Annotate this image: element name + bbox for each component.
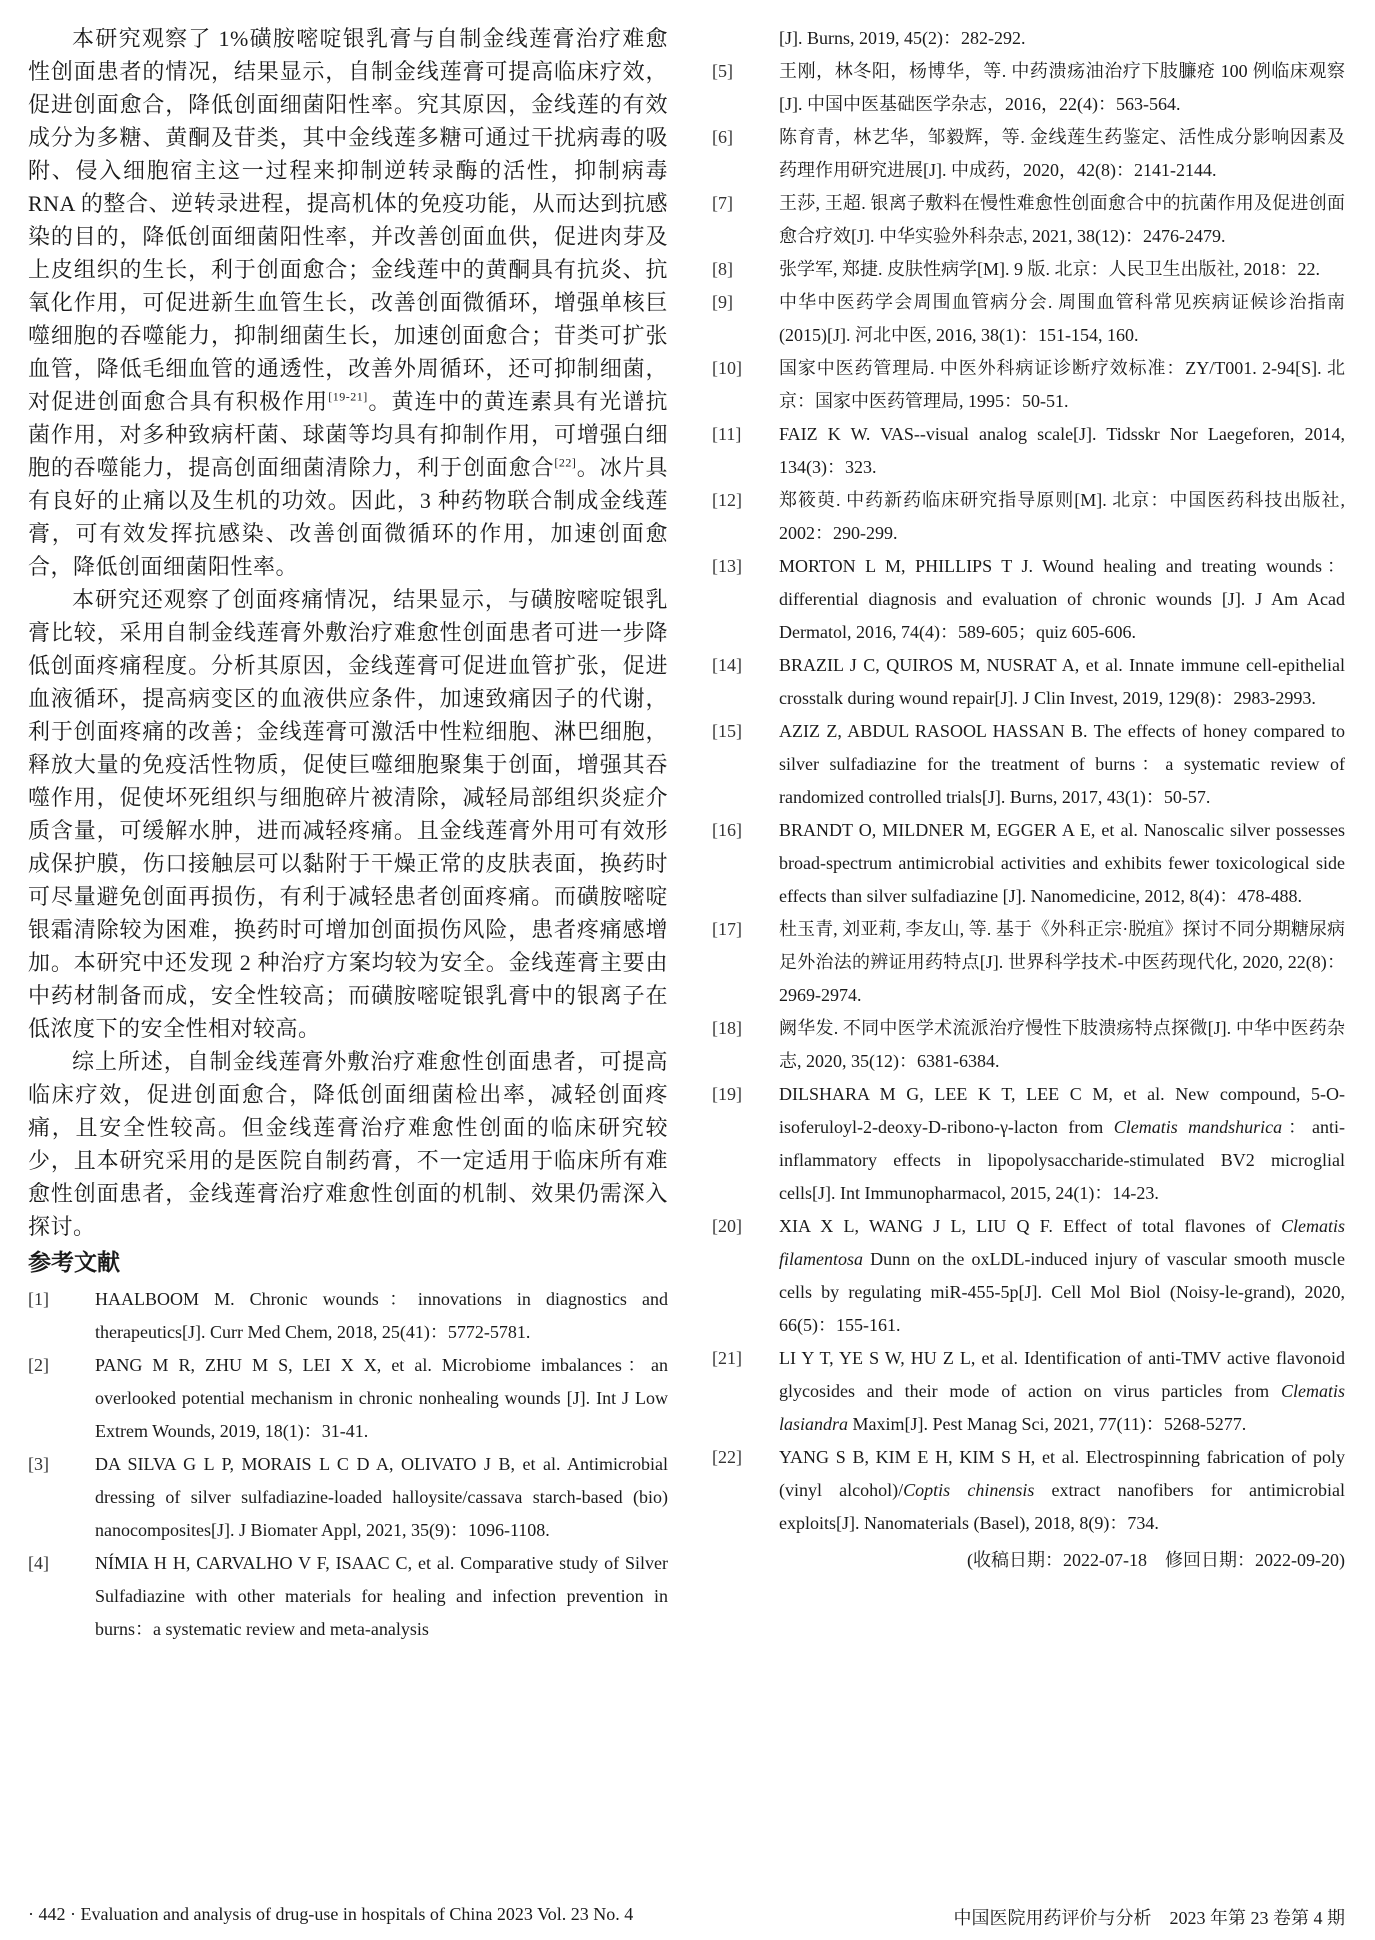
- reference-item: [10]国家中医药管理局. 中医外科病证诊断疗效标准：ZY/T001. 2-94…: [712, 352, 1345, 418]
- ref-text-part: Dunn on the oxLDL-induced injury of vasc…: [779, 1249, 1345, 1335]
- reference-text: BRAZIL J C, QUIROS M, NUSRAT A, et al. I…: [779, 649, 1345, 715]
- reference-item: [5]王刚，林冬阳，杨博华，等. 中药溃疡油治疗下肢臁疮 100 例临床观察[J…: [712, 55, 1345, 121]
- citation[interactable]: [22]: [554, 456, 576, 470]
- reference-number: [22]: [712, 1441, 779, 1540]
- reference-number: [2]: [28, 1349, 95, 1448]
- references-heading: 参考文献: [28, 1245, 668, 1281]
- reference-number: [19]: [712, 1078, 779, 1210]
- reference-number: [9]: [712, 286, 779, 352]
- reference-item: [21]LI Y T, YE S W, HU Z L, et al. Ident…: [712, 1342, 1345, 1441]
- citation[interactable]: [19-21]: [328, 390, 368, 404]
- reference-item: [17]杜玉青, 刘亚莉, 李友山, 等. 基于《外科正宗·脱疽》探讨不同分期糖…: [712, 913, 1345, 1012]
- reference-number: [15]: [712, 715, 779, 814]
- reference-item: [11]FAIZ K W. VAS--visual analog scale[J…: [712, 418, 1345, 484]
- reference-item: [1]HAALBOOM M. Chronic wounds：innovation…: [28, 1283, 668, 1349]
- reference-text: DILSHARA M G, LEE K T, LEE C M, et al. N…: [779, 1078, 1345, 1210]
- reference-text: MORTON L M, PHILLIPS T J. Wound healing …: [779, 550, 1345, 649]
- reference-item: [15]AZIZ Z, ABDUL RASOOL HASSAN B. The e…: [712, 715, 1345, 814]
- reference-number: [20]: [712, 1210, 779, 1342]
- right-column: [J]. Burns, 2019, 45(2)：282-292. [5]王刚，林…: [712, 22, 1345, 1577]
- reference-text: YANG S B, KIM E H, KIM S H, et al. Elect…: [779, 1441, 1345, 1540]
- reference-text: NÍMIA H H, CARVALHO V F, ISAAC C, et al.…: [95, 1547, 668, 1646]
- reference-item: [20]XIA X L, WANG J L, LIU Q F. Effect o…: [712, 1210, 1345, 1342]
- reference-number: [13]: [712, 550, 779, 649]
- reference-4-continuation: [J]. Burns, 2019, 45(2)：282-292.: [712, 22, 1345, 55]
- reference-number: [10]: [712, 352, 779, 418]
- body-paragraph-3: 综上所述，自制金线莲膏外敷治疗难愈性创面患者，可提高临床疗效，促进创面愈合，降低…: [28, 1045, 668, 1243]
- reference-item: [8]张学军, 郑捷. 皮肤性病学[M]. 9 版. 北京：人民卫生出版社, 2…: [712, 253, 1345, 286]
- species-name: Coptis chinensis: [903, 1480, 1034, 1500]
- reference-text: 中华中医药学会周围血管病分会. 周围血管科常见疾病证候诊治指南(2015)[J]…: [779, 286, 1345, 352]
- reference-number: [6]: [712, 121, 779, 187]
- reference-text: AZIZ Z, ABDUL RASOOL HASSAN B. The effec…: [779, 715, 1345, 814]
- reference-item: [3]DA SILVA G L P, MORAIS L C D A, OLIVA…: [28, 1448, 668, 1547]
- left-column: 本研究观察了 1%磺胺嘧啶银乳膏与自制金线莲膏治疗难愈性创面患者的情况，结果显示…: [28, 22, 668, 1646]
- reference-number: [1]: [28, 1283, 95, 1349]
- reference-item: [2]PANG M R, ZHU M S, LEI X X, et al. Mi…: [28, 1349, 668, 1448]
- reference-text: LI Y T, YE S W, HU Z L, et al. Identific…: [779, 1342, 1345, 1441]
- reference-text: XIA X L, WANG J L, LIU Q F. Effect of to…: [779, 1210, 1345, 1342]
- reference-item: [22]YANG S B, KIM E H, KIM S H, et al. E…: [712, 1441, 1345, 1540]
- paragraph-text: 本研究观察了 1%磺胺嘧啶银乳膏与自制金线莲膏治疗难愈性创面患者的情况，结果显示…: [28, 26, 668, 414]
- reference-number: [21]: [712, 1342, 779, 1441]
- reference-item: [18]阙华发. 不同中医学术流派治疗慢性下肢溃疡特点探微[J]. 中华中医药杂…: [712, 1012, 1345, 1078]
- reference-item: [4]NÍMIA H H, CARVALHO V F, ISAAC C, et …: [28, 1547, 668, 1646]
- reference-item: [9]中华中医药学会周围血管病分会. 周围血管科常见疾病证候诊治指南(2015)…: [712, 286, 1345, 352]
- species-name: Clematis mandshurica: [1114, 1117, 1282, 1137]
- page-footer: · 442 · Evaluation and analysis of drug-…: [28, 1904, 1345, 1930]
- reference-number: [12]: [712, 484, 779, 550]
- reference-list-right: [5]王刚，林冬阳，杨博华，等. 中药溃疡油治疗下肢臁疮 100 例临床观察[J…: [712, 55, 1345, 1540]
- received-dates: (收稿日期：2022-07-18 修回日期：2022-09-20): [712, 1544, 1345, 1577]
- reference-item: [7]王莎, 王超. 银离子敷料在慢性难愈性创面愈合中的抗菌作用及促进创面愈合疗…: [712, 187, 1345, 253]
- reference-item: [6]陈育青，林艺华，邹毅辉，等. 金线莲生药鉴定、活性成分影响因素及药理作用研…: [712, 121, 1345, 187]
- reference-text: FAIZ K W. VAS--visual analog scale[J]. T…: [779, 418, 1345, 484]
- reference-text: 国家中医药管理局. 中医外科病证诊断疗效标准：ZY/T001. 2-94[S].…: [779, 352, 1345, 418]
- reference-number: [17]: [712, 913, 779, 1012]
- reference-number: [4]: [28, 1547, 95, 1646]
- body-paragraph-1: 本研究观察了 1%磺胺嘧啶银乳膏与自制金线莲膏治疗难愈性创面患者的情况，结果显示…: [28, 22, 668, 583]
- reference-text: 杜玉青, 刘亚莉, 李友山, 等. 基于《外科正宗·脱疽》探讨不同分期糖尿病足外…: [779, 913, 1345, 1012]
- reference-text: HAALBOOM M. Chronic wounds：innovations i…: [95, 1283, 668, 1349]
- reference-text: DA SILVA G L P, MORAIS L C D A, OLIVATO …: [95, 1448, 668, 1547]
- reference-text: 张学军, 郑捷. 皮肤性病学[M]. 9 版. 北京：人民卫生出版社, 2018…: [779, 253, 1345, 286]
- reference-item: [16]BRANDT O, MILDNER M, EGGER A E, et a…: [712, 814, 1345, 913]
- reference-list-left: [1]HAALBOOM M. Chronic wounds：innovation…: [28, 1283, 668, 1646]
- ref-text-part: Maxim[J]. Pest Manag Sci, 2021, 77(11)：5…: [848, 1414, 1246, 1434]
- body-paragraph-2: 本研究还观察了创面疼痛情况，结果显示，与磺胺嘧啶银乳膏比较，采用自制金线莲膏外敷…: [28, 583, 668, 1045]
- reference-text: 王莎, 王超. 银离子敷料在慢性难愈性创面愈合中的抗菌作用及促进创面愈合疗效[J…: [779, 187, 1345, 253]
- reference-number: [16]: [712, 814, 779, 913]
- ref-text-part: XIA X L, WANG J L, LIU Q F. Effect of to…: [779, 1216, 1281, 1236]
- reference-number: [14]: [712, 649, 779, 715]
- reference-number: [8]: [712, 253, 779, 286]
- footer-left: · 442 · Evaluation and analysis of drug-…: [28, 1904, 633, 1930]
- reference-item: [14]BRAZIL J C, QUIROS M, NUSRAT A, et a…: [712, 649, 1345, 715]
- reference-item: [13]MORTON L M, PHILLIPS T J. Wound heal…: [712, 550, 1345, 649]
- reference-text: PANG M R, ZHU M S, LEI X X, et al. Micro…: [95, 1349, 668, 1448]
- reference-number: [18]: [712, 1012, 779, 1078]
- reference-item: [19]DILSHARA M G, LEE K T, LEE C M, et a…: [712, 1078, 1345, 1210]
- reference-item: [12]郑筱萸. 中药新药临床研究指导原则[M]. 北京：中国医药科技出版社, …: [712, 484, 1345, 550]
- reference-number: [11]: [712, 418, 779, 484]
- reference-number: [3]: [28, 1448, 95, 1547]
- reference-text: 陈育青，林艺华，邹毅辉，等. 金线莲生药鉴定、活性成分影响因素及药理作用研究进展…: [779, 121, 1345, 187]
- reference-number: [7]: [712, 187, 779, 253]
- footer-right: 中国医院用药评价与分析 2023 年第 23 卷第 4 期: [954, 1904, 1346, 1930]
- reference-text: BRANDT O, MILDNER M, EGGER A E, et al. N…: [779, 814, 1345, 913]
- reference-text: 郑筱萸. 中药新药临床研究指导原则[M]. 北京：中国医药科技出版社, 2002…: [779, 484, 1345, 550]
- reference-text: 王刚，林冬阳，杨博华，等. 中药溃疡油治疗下肢臁疮 100 例临床观察[J]. …: [779, 55, 1345, 121]
- ref-text-part: LI Y T, YE S W, HU Z L, et al. Identific…: [779, 1348, 1345, 1401]
- reference-number: [5]: [712, 55, 779, 121]
- reference-text: 阙华发. 不同中医学术流派治疗慢性下肢溃疡特点探微[J]. 中华中医药杂志, 2…: [779, 1012, 1345, 1078]
